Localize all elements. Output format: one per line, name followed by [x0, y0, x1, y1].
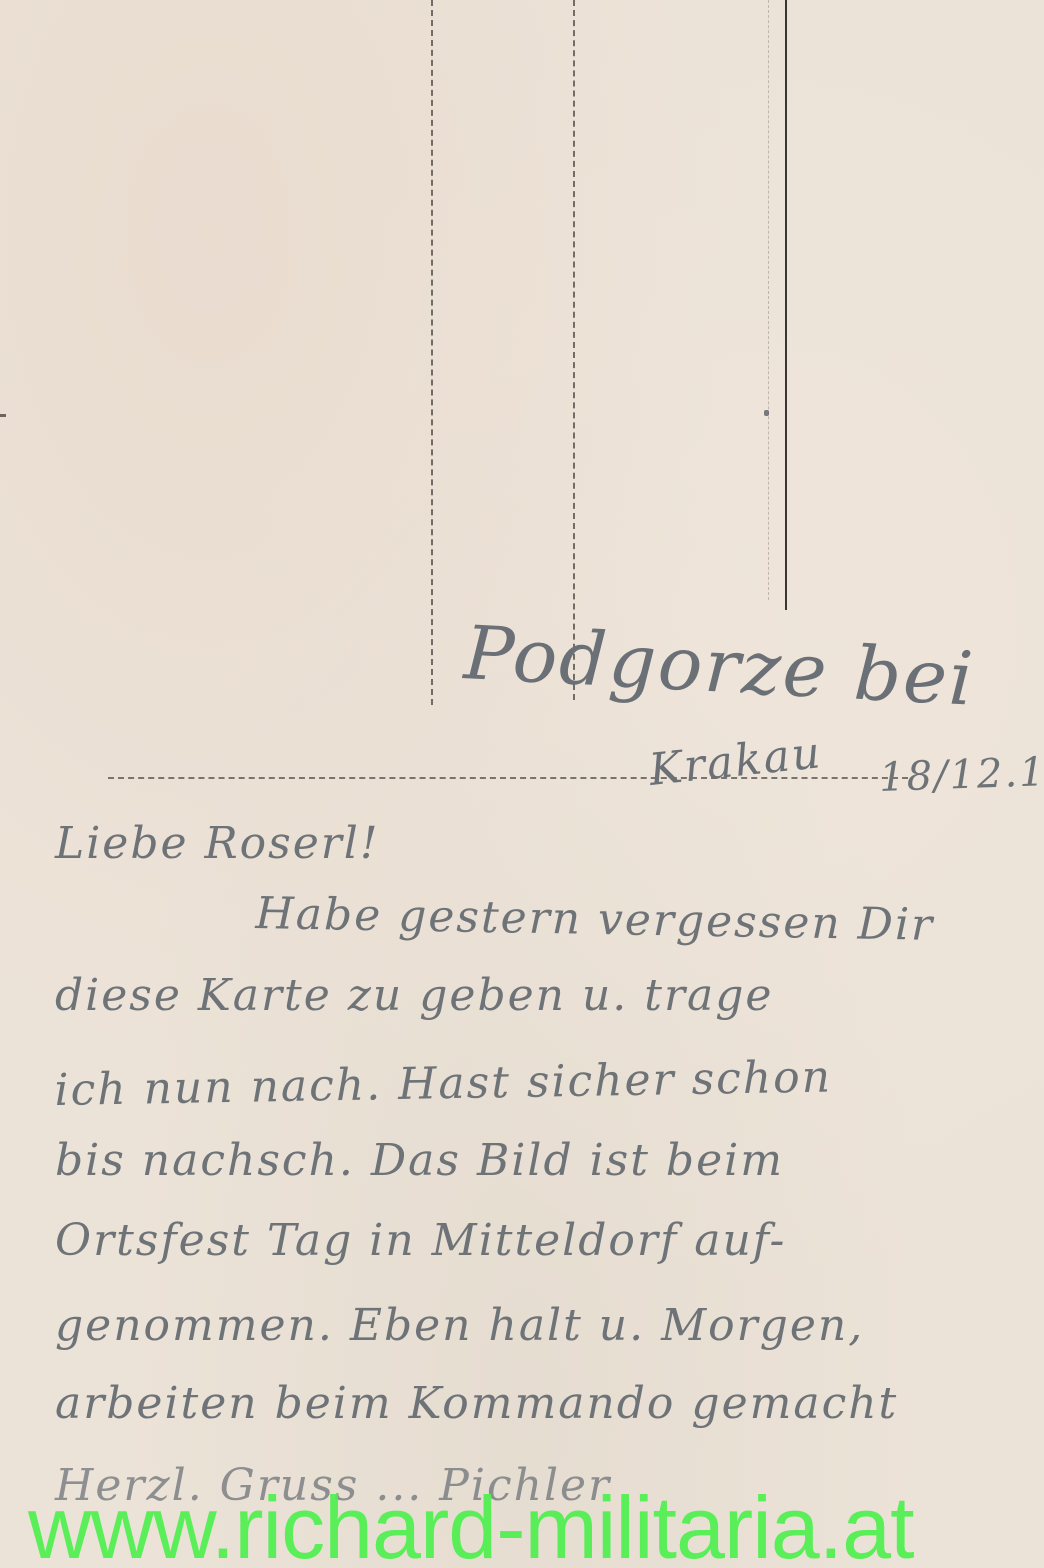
edge-mark [0, 414, 6, 417]
divider-solid-right [785, 0, 787, 610]
handwritten-location-line1: Podgorze bei [462, 610, 977, 723]
handwritten-body-line: Ortsfest Tag in Mitteldorf auf- [55, 1215, 786, 1266]
handwritten-body-line: bis nachsch. Das Bild ist beim [55, 1135, 784, 1186]
handwritten-body-line: diese Karte zu geben u. trage [55, 970, 773, 1021]
ink-speck [764, 410, 769, 416]
handwritten-body-line: ich nun nach. Hast sicher schon [54, 1051, 832, 1116]
divider-dashed-left [431, 0, 433, 705]
postcard-back: Podgorze bei Krakau 18/12.14 Liebe Roser… [0, 0, 1044, 1568]
handwritten-body-line: genommen. Eben halt u. Morgen, [55, 1300, 864, 1351]
handwritten-date: 18/12.14 [878, 748, 1044, 801]
divider-dashed-middle [573, 0, 575, 700]
handwritten-body-line: Habe gestern vergessen Dir [255, 888, 934, 951]
handwritten-greeting: Liebe Roserl! [55, 818, 380, 869]
divider-dotted-right [768, 0, 769, 600]
handwritten-location-line2: Krakau [647, 727, 825, 796]
watermark-url: www.richard-militaria.at [28, 1484, 914, 1568]
handwritten-body-line: arbeiten beim Kommando gemacht [55, 1378, 898, 1429]
